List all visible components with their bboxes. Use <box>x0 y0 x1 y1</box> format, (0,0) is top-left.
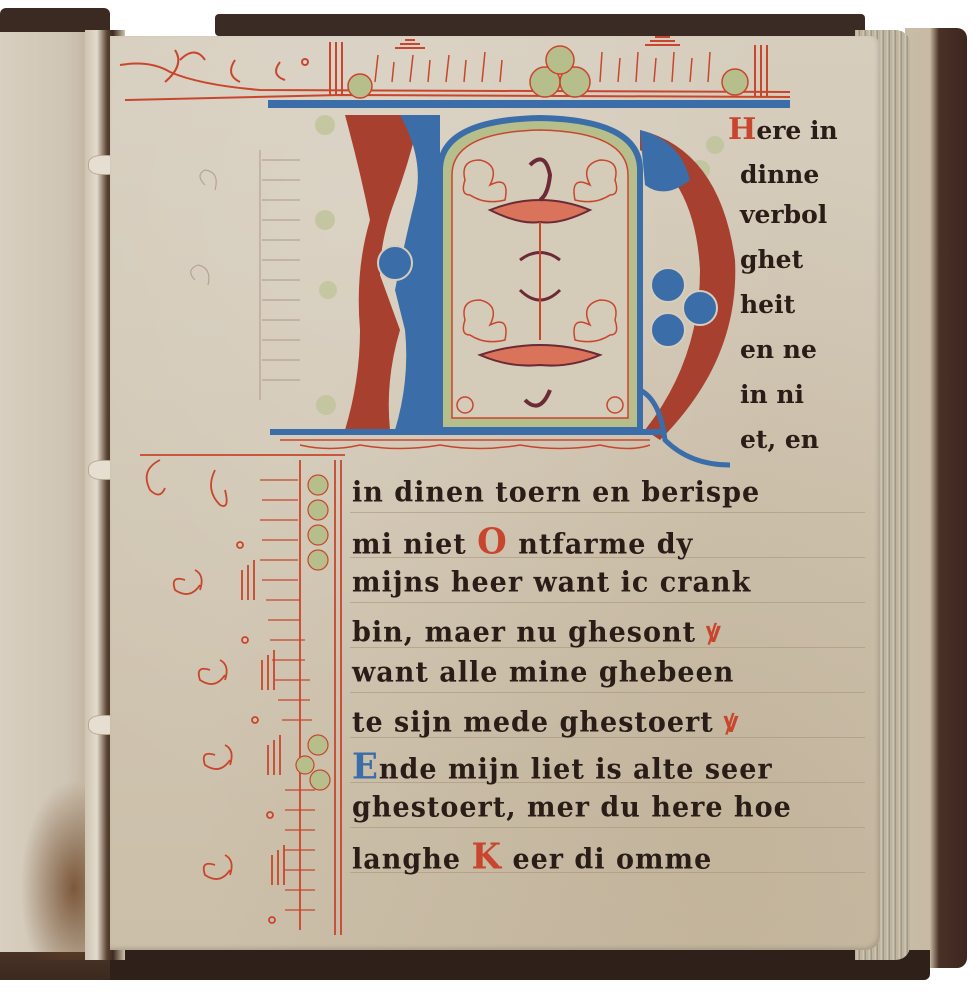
faint-offset-penwork <box>191 150 300 400</box>
ruling-line <box>350 602 865 603</box>
ruling-line <box>350 512 865 513</box>
rubric-initial-E: E <box>352 746 379 788</box>
side-text: ere in <box>756 116 837 145</box>
text-segment: langhe <box>352 843 471 876</box>
text-line: mi niet O ntfarme dy <box>352 521 693 563</box>
text-segment: nde mijn liet is alte seer <box>379 753 773 786</box>
penwork-sprig <box>199 650 274 690</box>
top-penwork-border <box>120 37 790 100</box>
rubric-initial-O: O <box>477 521 508 563</box>
text-segment: bin, maer nu ghesont <box>352 616 707 649</box>
side-text-line: heit <box>740 290 795 319</box>
decorated-initial-H <box>268 100 790 465</box>
text-line: ghestoert, mer du here hoe <box>352 791 792 824</box>
text-segment: mijns heer want ic crank <box>352 566 751 599</box>
text-segment: in dinen toern en berispe <box>352 476 760 509</box>
text-segment: te sijn mede ghestoert <box>352 706 724 739</box>
side-text-line: Here in <box>728 112 838 147</box>
penwork-sprig <box>204 735 280 775</box>
text-segment: mi niet <box>352 528 477 561</box>
verse-mark: ꝟ <box>707 616 722 649</box>
side-text-line: dinne <box>740 160 819 189</box>
text-line: bin, maer nu ghesont ꝟ <box>352 611 721 650</box>
text-segment: want alle mine ghebeen <box>352 656 734 689</box>
penwork-sprig <box>174 560 254 600</box>
left-border-green-beads <box>296 475 330 790</box>
side-text-line: ghet <box>740 245 803 274</box>
side-text-line: verbol <box>740 200 827 229</box>
ruling-line <box>350 692 865 693</box>
side-text-line: en ne <box>740 335 817 364</box>
text-line: Ende mijn liet is alte seer <box>352 746 773 788</box>
text-line: langhe K eer di omme <box>352 836 712 878</box>
text-segment: eer di omme <box>502 843 712 876</box>
rubric-initial-K: K <box>471 836 502 878</box>
text-segment: ghestoert, mer du here hoe <box>352 791 792 824</box>
penwork-sprig <box>204 845 284 885</box>
ruling-line <box>350 827 865 828</box>
verse-mark: ꝟ <box>724 706 739 739</box>
side-text-line: in ni <box>740 380 804 409</box>
rubric-initial: H <box>728 112 756 147</box>
text-segment: ntfarme dy <box>508 528 694 561</box>
text-line: want alle mine ghebeen <box>352 656 734 689</box>
side-text-line: et, en <box>740 425 819 454</box>
text-line: mijns heer want ic crank <box>352 566 751 599</box>
text-line: in dinen toern en berispe <box>352 476 760 509</box>
text-line: te sijn mede ghestoert ꝟ <box>352 701 739 740</box>
